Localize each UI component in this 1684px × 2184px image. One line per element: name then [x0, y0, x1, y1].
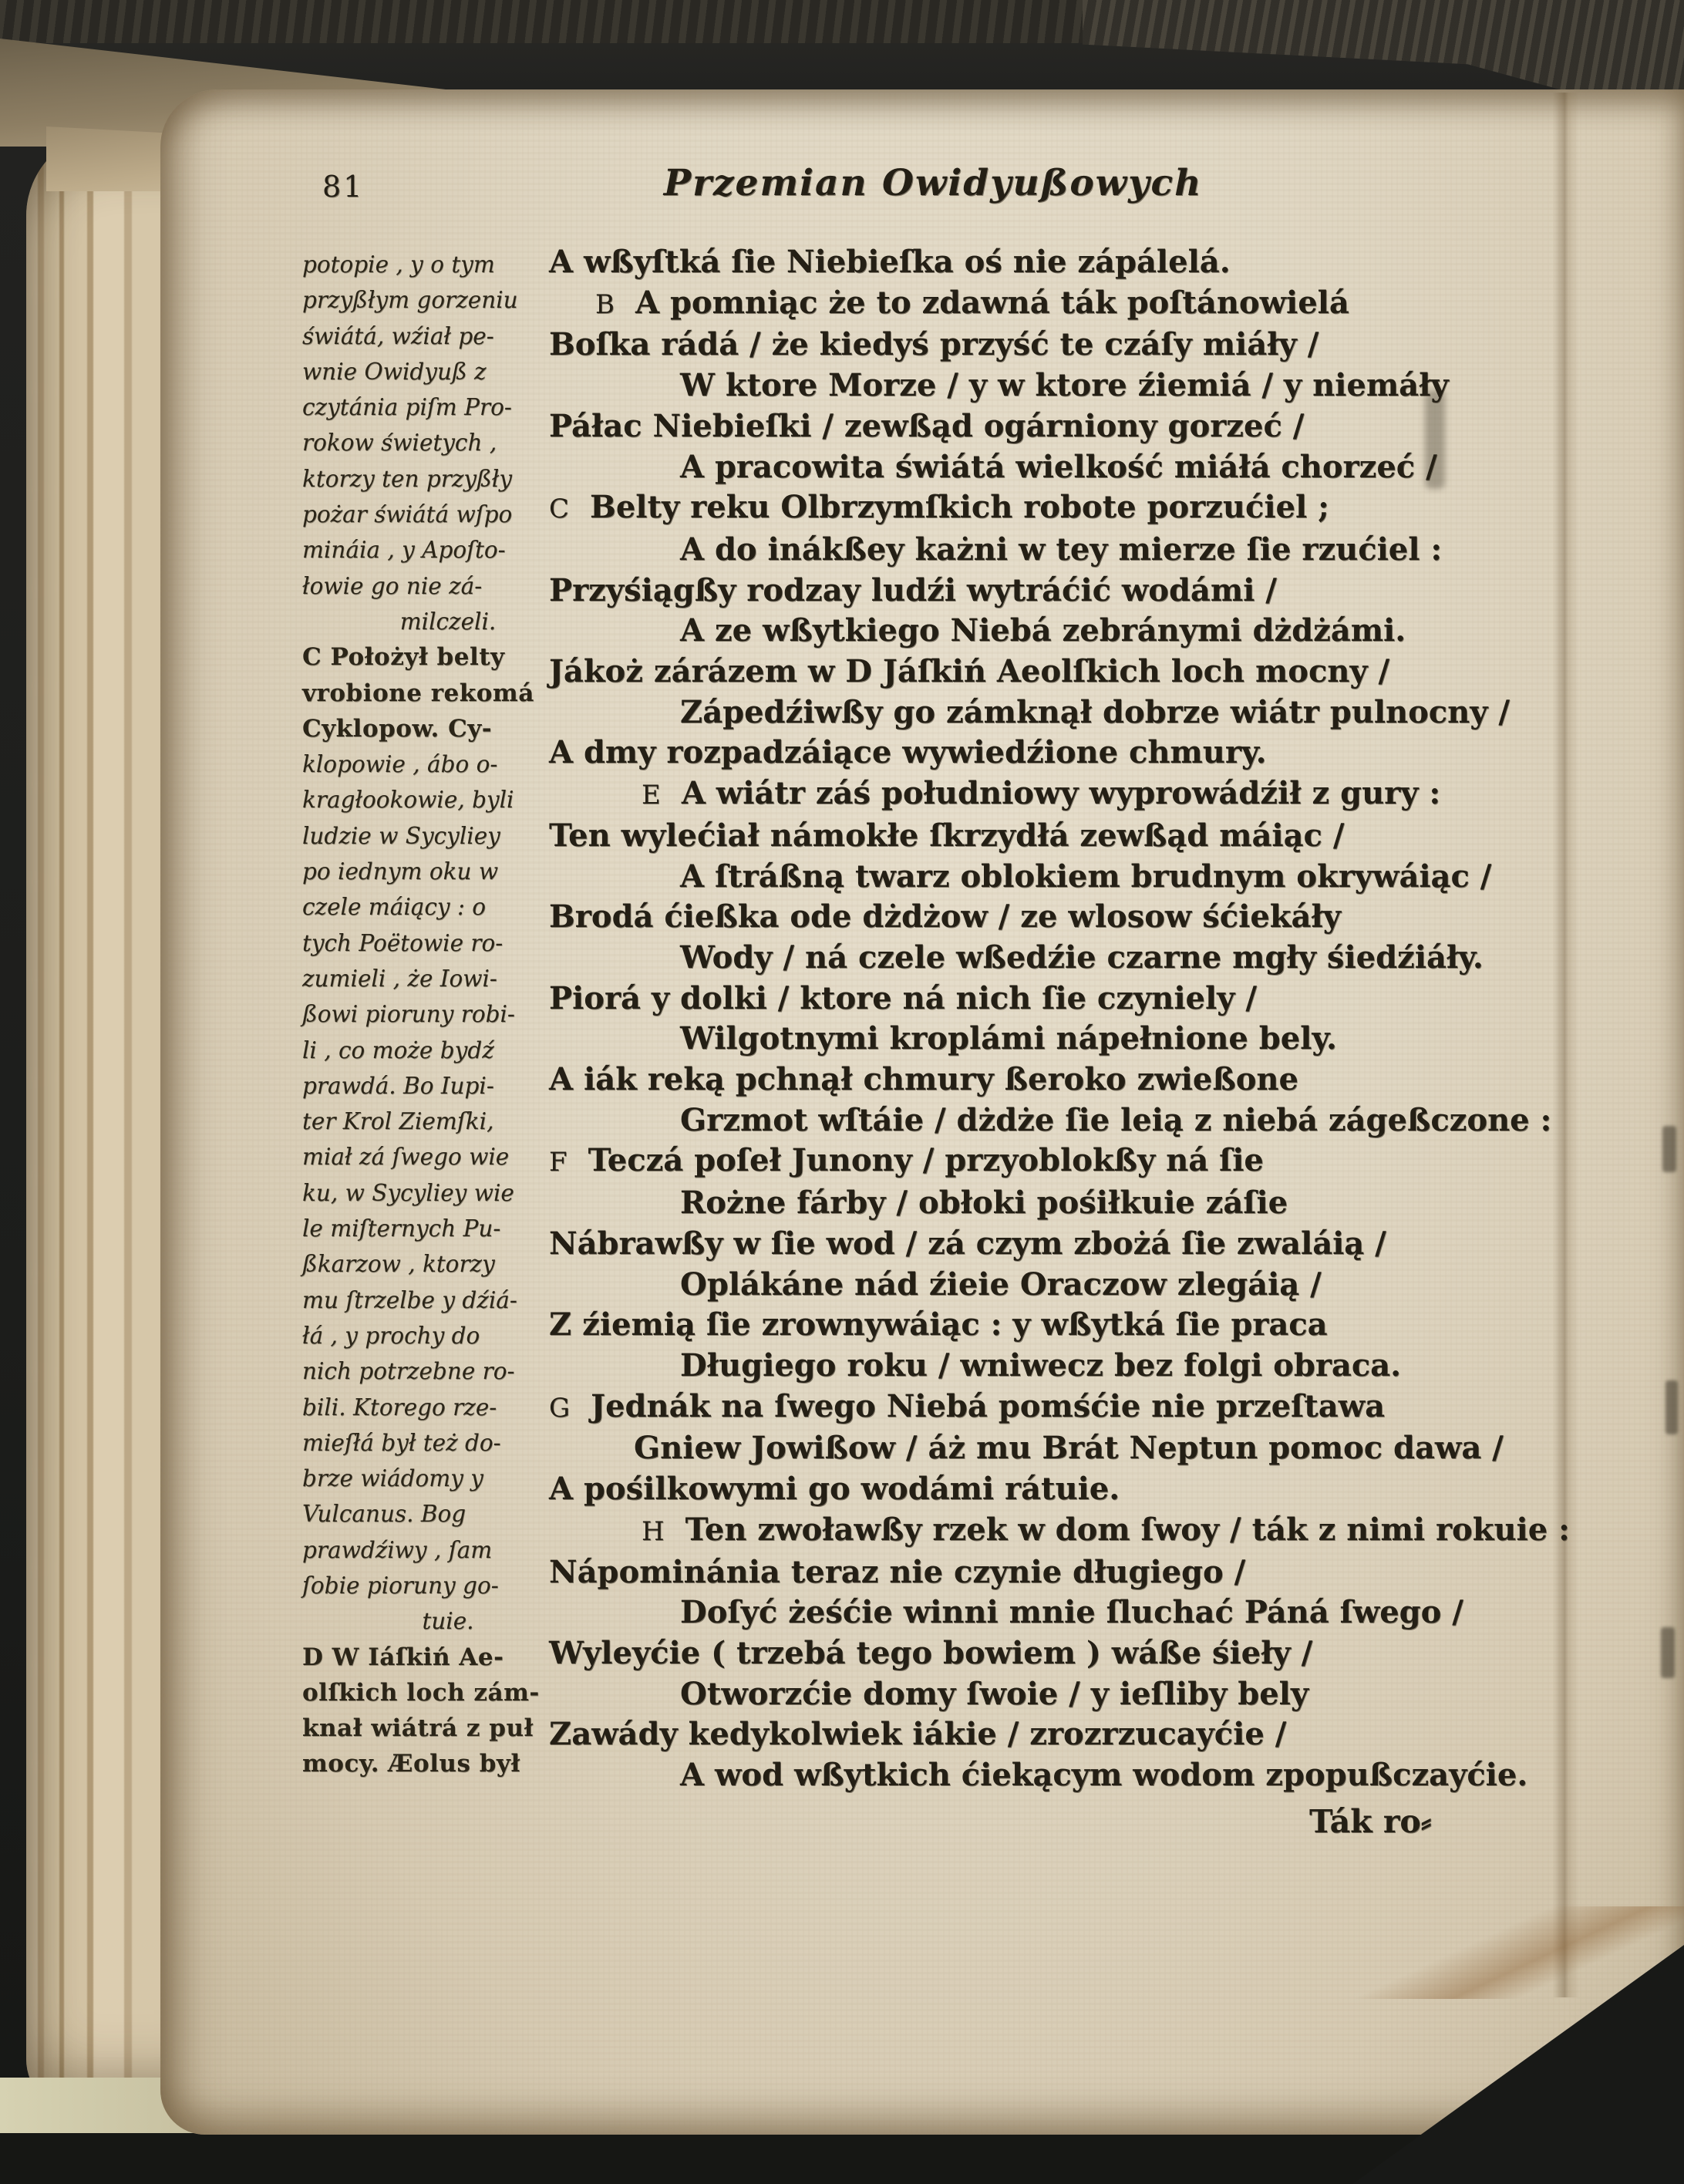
catchword: Ták ro⸗: [1309, 1803, 1431, 1840]
verse-line: A ze wßytkiego Niebá zebránymi dżdżámi.: [549, 611, 1544, 652]
verse-text: A pośilkowymi go wodámi rátuie.: [549, 1471, 1120, 1507]
verse-line: BA pomniąc że to zdawná ták poſtánowielá: [549, 283, 1544, 325]
margin-note-text: D W Iáſkiń Ae-: [302, 1643, 504, 1671]
verse-text: A dmy rozpadzáiące wywiedźione chmury.: [549, 734, 1267, 770]
verse-line: Zápedźiwßy go zámknął dobrze wiátr pulno…: [549, 693, 1544, 733]
verse-text: Nábrawßy w ſie wod / zá czym zbożá ſie z…: [549, 1225, 1386, 1262]
verse-line: Wody / ná czele wßedźie czarne mgły śied…: [549, 938, 1544, 979]
verse-line: Przyśiągßy rodzay ludźi wytráćić wodámi …: [549, 571, 1544, 612]
verse-line: A wod wßytkich ćiekącym wodom zpopußczay…: [549, 1755, 1544, 1796]
verse-line: A do inákßey każni w tey mierze ſie rzuć…: [549, 530, 1544, 571]
margin-note-text: milczeli.: [400, 608, 497, 635]
margin-note-text: świátá, wźiał pe-: [302, 323, 494, 349]
verse-text: Wody / ná czele wßedźie czarne mgły śied…: [680, 939, 1484, 976]
verse-line: CBelty reku Olbrzymſkich robote porzućie…: [549, 487, 1544, 530]
margin-note-text: knał wiátrá z puł: [302, 1714, 534, 1742]
verse-text: A wßyſtká ſie Niebieſka oś nie zápálelá.: [549, 244, 1231, 280]
verse-text: Zawády kedykolwiek iákie / zrozrzucayćie…: [549, 1716, 1286, 1752]
verse-line: A dmy rozpadzáiące wywiedźione chmury.: [549, 733, 1544, 773]
margin-note-text: olſkich loch zám-: [302, 1679, 540, 1707]
verse-text: Jednák na ſwego Niebá pomśćie nie przeſt…: [591, 1388, 1385, 1424]
verse-line: A pracowita świátá wielkość miáłá chorze…: [549, 447, 1544, 488]
book-photo: 81 Przemian Owidyußowych potopie , y o t…: [0, 0, 1684, 2184]
verse-text: Wilgotnymi kroplámi nápełnione bely.: [680, 1020, 1337, 1057]
verse-section-letter: E: [642, 780, 662, 811]
verse-column: A wßyſtká ſie Niebieſka oś nie zápálelá.…: [549, 242, 1544, 1796]
verse-line: Páłac Niebieſki / zewßąd ogárniony gorze…: [549, 406, 1544, 447]
verse-line: A iák reką pchnął chmury ßeroko zwießone: [549, 1060, 1544, 1100]
verse-text: A pomniąc że to zdawná ták poſtánowielá: [635, 285, 1349, 321]
verse-text: A ze wßytkiego Niebá zebránymi dżdżámi.: [680, 612, 1406, 649]
margin-note-text: pożar świátá wſpo: [302, 501, 512, 527]
verse-text: Zápedźiwßy go zámknął dobrze wiátr pulno…: [680, 694, 1510, 730]
margin-note-text: le miſternych Pu-: [302, 1215, 500, 1242]
verse-line: Oplákáne nád źieie Oraczow zlegáią /: [549, 1265, 1544, 1306]
verse-text: Ten zwoławßy rzek w dom ſwoy / ták z nim…: [685, 1512, 1570, 1548]
verse-text: Teczá poſeł Junony / przyoblokßy ná ſie: [588, 1142, 1264, 1178]
verse-line: A ſtráßną twarz oblokiem brudnym okrywái…: [549, 857, 1544, 898]
margin-note-text: C Położył belty: [302, 643, 505, 671]
margin-note-text: prawdá. Bo Iupi-: [302, 1073, 494, 1099]
page-number: 81: [322, 170, 364, 204]
verse-line: EA wiátr záś południowy wyprowádźił z gu…: [549, 773, 1544, 816]
verse-line: Wilgotnymi kroplámi nápełnione bely.: [549, 1019, 1544, 1060]
verse-text: Boſka rádá / że kiedyś przyść te czáſy m…: [549, 326, 1319, 362]
margin-note-text: łá , y prochy do: [302, 1323, 480, 1349]
verse-section-letter: H: [642, 1516, 665, 1547]
margin-note-text: łowie go nie zá-: [302, 573, 482, 599]
margin-note-text: bili. Ktorego rze-: [302, 1394, 497, 1421]
margin-note-text: ßkarzow , ktorzy: [302, 1251, 495, 1277]
verse-section-letter: C: [549, 494, 570, 524]
verse-text: A wiátr záś południowy wyprowádźił z gur…: [682, 775, 1440, 811]
verse-text: Gniew Jowißow / áż mu Brát Neptun pomoc …: [634, 1430, 1504, 1466]
verse-text: Páłac Niebieſki / zewßąd ogárniony gorze…: [549, 408, 1304, 444]
margin-note-text: brze wiádomy y: [302, 1465, 483, 1491]
margin-note-text: ktorzy ten przyßły: [302, 466, 512, 492]
verse-section-letter: F: [549, 1147, 568, 1178]
verse-line: Boſka rádá / że kiedyś przyść te czáſy m…: [549, 325, 1544, 366]
margin-note-text: kragłookowie, byli: [302, 787, 514, 813]
margin-note-text: li , co może bydź: [302, 1037, 494, 1063]
margin-note-text: miał zá ſwego wie: [302, 1144, 509, 1170]
margin-note-text: prawdźiwy , ſam: [302, 1537, 492, 1563]
verse-text: Brodá ćießka ode dżdżow / ze wlosow śćie…: [549, 898, 1341, 935]
margin-note-text: klopowie , ábo o-: [302, 751, 497, 777]
margin-note-text: mieſłá był też do-: [302, 1430, 501, 1456]
verse-section-letter: G: [549, 1393, 571, 1424]
margin-note-text: mu ſtrzelbe y dźiá-: [302, 1287, 517, 1313]
ink-bleed-fragment: [1665, 1380, 1678, 1434]
verse-line: Piorá y dolki / ktore ná nich ſie czynie…: [549, 979, 1544, 1020]
margin-note-text: rokow świetych ,: [302, 430, 497, 456]
ink-bleed-fragment: [1661, 1627, 1675, 1678]
margin-note-text: Cyklopow. Cy-: [302, 715, 492, 743]
margin-note-text: po iednym oku w: [302, 858, 498, 885]
ink-bleed-fragment: [1662, 1126, 1676, 1172]
verse-line: Grzmot wſtáie / dżdże ſie leią z niebá z…: [549, 1100, 1544, 1141]
verse-text: Wyleyćie ( trzebá tego bowiem ) wáße śie…: [549, 1635, 1312, 1671]
verse-line: GJednák na ſwego Niebá pomśćie nie przeſ…: [549, 1387, 1544, 1429]
verse-text: Oplákáne nád źieie Oraczow zlegáią /: [680, 1266, 1322, 1303]
margin-note-text: przyßłym gorzeniu: [302, 287, 518, 313]
running-title: Przemian Owidyußowych: [532, 162, 1334, 204]
verse-line: W ktore Morze / y w ktore źiemiá / y nie…: [549, 366, 1544, 406]
verse-text: Ten wylećiał námokłe ſkrzydłá zewßąd mái…: [549, 817, 1344, 854]
verse-line: HTen zwoławßy rzek w dom ſwoy / ták z ni…: [549, 1510, 1544, 1552]
margin-note-text: nich potrzebne ro-: [302, 1358, 514, 1384]
verse-text: Piorá y dolki / ktore ná nich ſie czynie…: [549, 980, 1257, 1016]
margin-note-text: vrobione rekomá: [302, 679, 534, 707]
verse-section-letter: B: [595, 289, 615, 320]
margin-note-text: zumieli , że Iowi-: [302, 966, 497, 992]
verse-text: Belty reku Olbrzymſkich robote porzućiel…: [590, 489, 1329, 525]
verse-line: Nápominánia teraz nie czynie długiego /: [549, 1552, 1544, 1593]
verse-text: A ſtráßną twarz oblokiem brudnym okrywái…: [680, 858, 1491, 895]
verse-text: Przyśiągßy rodzay ludźi wytráćić wodámi …: [549, 572, 1277, 608]
verse-text: Otworzćie domy ſwoie / y ieſliby bely: [680, 1676, 1308, 1712]
margin-note-text: ſobie pioruny go-: [302, 1572, 499, 1599]
verse-line: Jákoż zárázem w D Jáſkiń Aeolſkich loch …: [549, 652, 1544, 693]
verse-line: Nábrawßy w ſie wod / zá czym zbożá ſie z…: [549, 1224, 1544, 1265]
verse-text: A iák reką pchnął chmury ßeroko zwießone: [549, 1061, 1298, 1097]
margin-note-text: wnie Owidyuß z: [302, 359, 487, 385]
margin-note-text: ludzie w Sycyliey: [302, 823, 500, 849]
verse-line: Doſyć żeśćie winni mnie ſluchać Páná ſwe…: [549, 1592, 1544, 1633]
margin-note-text: tuie.: [422, 1608, 473, 1634]
margin-note-text: ßowi pioruny robi-: [302, 1001, 515, 1027]
verse-text: Długiego roku / wniwecz bez folgi obraca…: [680, 1347, 1401, 1384]
margin-note-text: mináia , y Apoſto-: [302, 537, 506, 563]
verse-line: Brodá ćießka ode dżdżow / ze wlosow śćie…: [549, 897, 1544, 938]
margin-note-text: ku, w Sycyliey wie: [302, 1180, 514, 1206]
verse-line: Otworzćie domy ſwoie / y ieſliby bely: [549, 1674, 1544, 1715]
verse-text: A do inákßey każni w tey mierze ſie rzuć…: [680, 531, 1442, 568]
margin-note-text: ter Krol Ziemſki,: [302, 1108, 493, 1134]
margin-note-text: czele máiący : o: [302, 894, 486, 920]
margin-note-text: mocy. Æolus był: [302, 1750, 520, 1778]
verse-line: Zawády kedykolwiek iákie / zrozrzucayćie…: [549, 1714, 1544, 1755]
verse-line: A pośilkowymi go wodámi rátuie.: [549, 1469, 1544, 1510]
verse-line: A wßyſtká ſie Niebieſka oś nie zápálelá.: [549, 242, 1544, 283]
verse-line: FTeczá poſeł Junony / przyoblokßy ná ſie: [549, 1141, 1544, 1183]
verse-line: Rożne fárby / obłoki pośiłkuie záſie: [549, 1183, 1544, 1224]
verse-text: Z źiemią ſie zrownywáiąc : y wßytká ſie …: [549, 1306, 1328, 1343]
verse-line: Z źiemią ſie zrownywáiąc : y wßytká ſie …: [549, 1305, 1544, 1346]
verse-text: Grzmot wſtáie / dżdże ſie leią z niebá z…: [680, 1102, 1551, 1138]
verse-line: Długiego roku / wniwecz bez folgi obraca…: [549, 1346, 1544, 1387]
verse-text: Jákoż zárázem w D Jáſkiń Aeolſkich loch …: [549, 653, 1389, 689]
verse-line: Wyleyćie ( trzebá tego bowiem ) wáße śie…: [549, 1633, 1544, 1674]
verse-text: W ktore Morze / y w ktore źiemiá / y nie…: [680, 367, 1449, 403]
verse-text: Doſyć żeśćie winni mnie ſluchać Páná ſwe…: [680, 1594, 1463, 1630]
verse-line: Gniew Jowißow / áż mu Brát Neptun pomoc …: [549, 1428, 1544, 1469]
verse-text: Nápominánia teraz nie czynie długiego /: [549, 1554, 1245, 1590]
verse-line: Ten wylećiał námokłe ſkrzydłá zewßąd mái…: [549, 816, 1544, 857]
verse-text: A pracowita świátá wielkość miáłá chorze…: [680, 449, 1437, 485]
margin-note-text: tych Poëtowie ro-: [302, 930, 503, 956]
margin-note-text: Vulcanus. Bog: [302, 1501, 466, 1527]
margin-note-text: czytánia piſm Pro-: [302, 394, 512, 420]
margin-note-text: potopie , y o tym: [302, 251, 495, 278]
verse-text: A wod wßytkich ćiekącym wodom zpopußczay…: [680, 1757, 1527, 1793]
verse-text: Rożne fárby / obłoki pośiłkuie záſie: [680, 1185, 1288, 1221]
